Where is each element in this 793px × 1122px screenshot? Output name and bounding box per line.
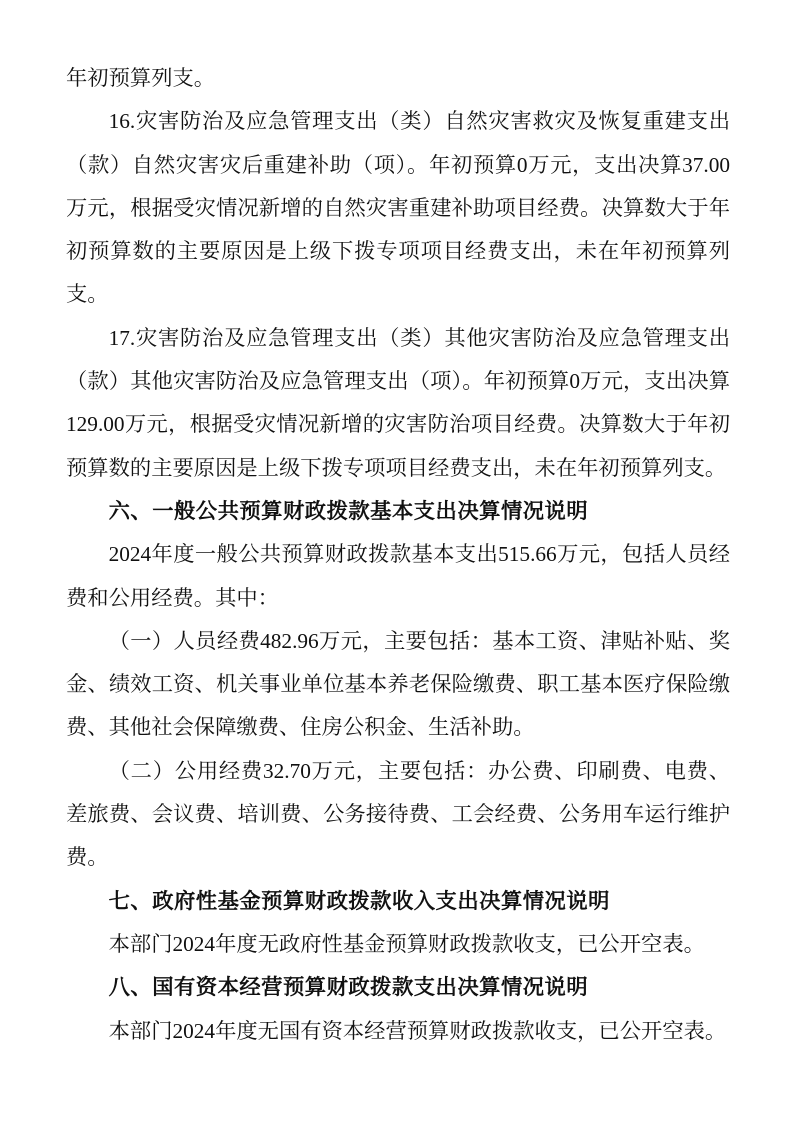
document-page: 年初预算列支。 16.灾害防治及应急管理支出（类）自然灾害救灾及恢复重建支出（款…	[0, 0, 793, 1122]
continued-paragraph: 年初预算列支。	[66, 57, 730, 100]
gov-fund-empty-table-paragraph: 本部门2024年度无政府性基金预算财政拨款收支，已公开空表。	[66, 923, 730, 966]
basic-expenditure-total-paragraph: 2024年度一般公共预算财政拨款基本支出515.66万元，包括人员经费和公用经费…	[66, 533, 730, 620]
personnel-expense-paragraph: （一）人员经费482.96万元，主要包括：基本工资、津贴补贴、奖金、绩效工资、机…	[66, 620, 730, 750]
state-capital-empty-table-paragraph: 本部门2024年度无国有资本经营预算财政拨款收支，已公开空表。	[66, 1010, 730, 1053]
section-6-heading: 六、一般公共预算财政拨款基本支出决算情况说明	[66, 490, 730, 533]
public-expense-paragraph: （二）公用经费32.70万元，主要包括：办公费、印刷费、电费、差旅费、会议费、培…	[66, 750, 730, 880]
item-16-disaster-rebuild-paragraph: 16.灾害防治及应急管理支出（类）自然灾害救灾及恢复重建支出（款）自然灾害灾后重…	[66, 100, 730, 316]
section-8-heading: 八、国有资本经营预算财政拨款支出决算情况说明	[66, 966, 730, 1009]
section-7-heading: 七、政府性基金预算财政拨款收入支出决算情况说明	[66, 880, 730, 923]
item-17-other-disaster-paragraph: 17.灾害防治及应急管理支出（类）其他灾害防治及应急管理支出（款）其他灾害防治及…	[66, 317, 730, 490]
